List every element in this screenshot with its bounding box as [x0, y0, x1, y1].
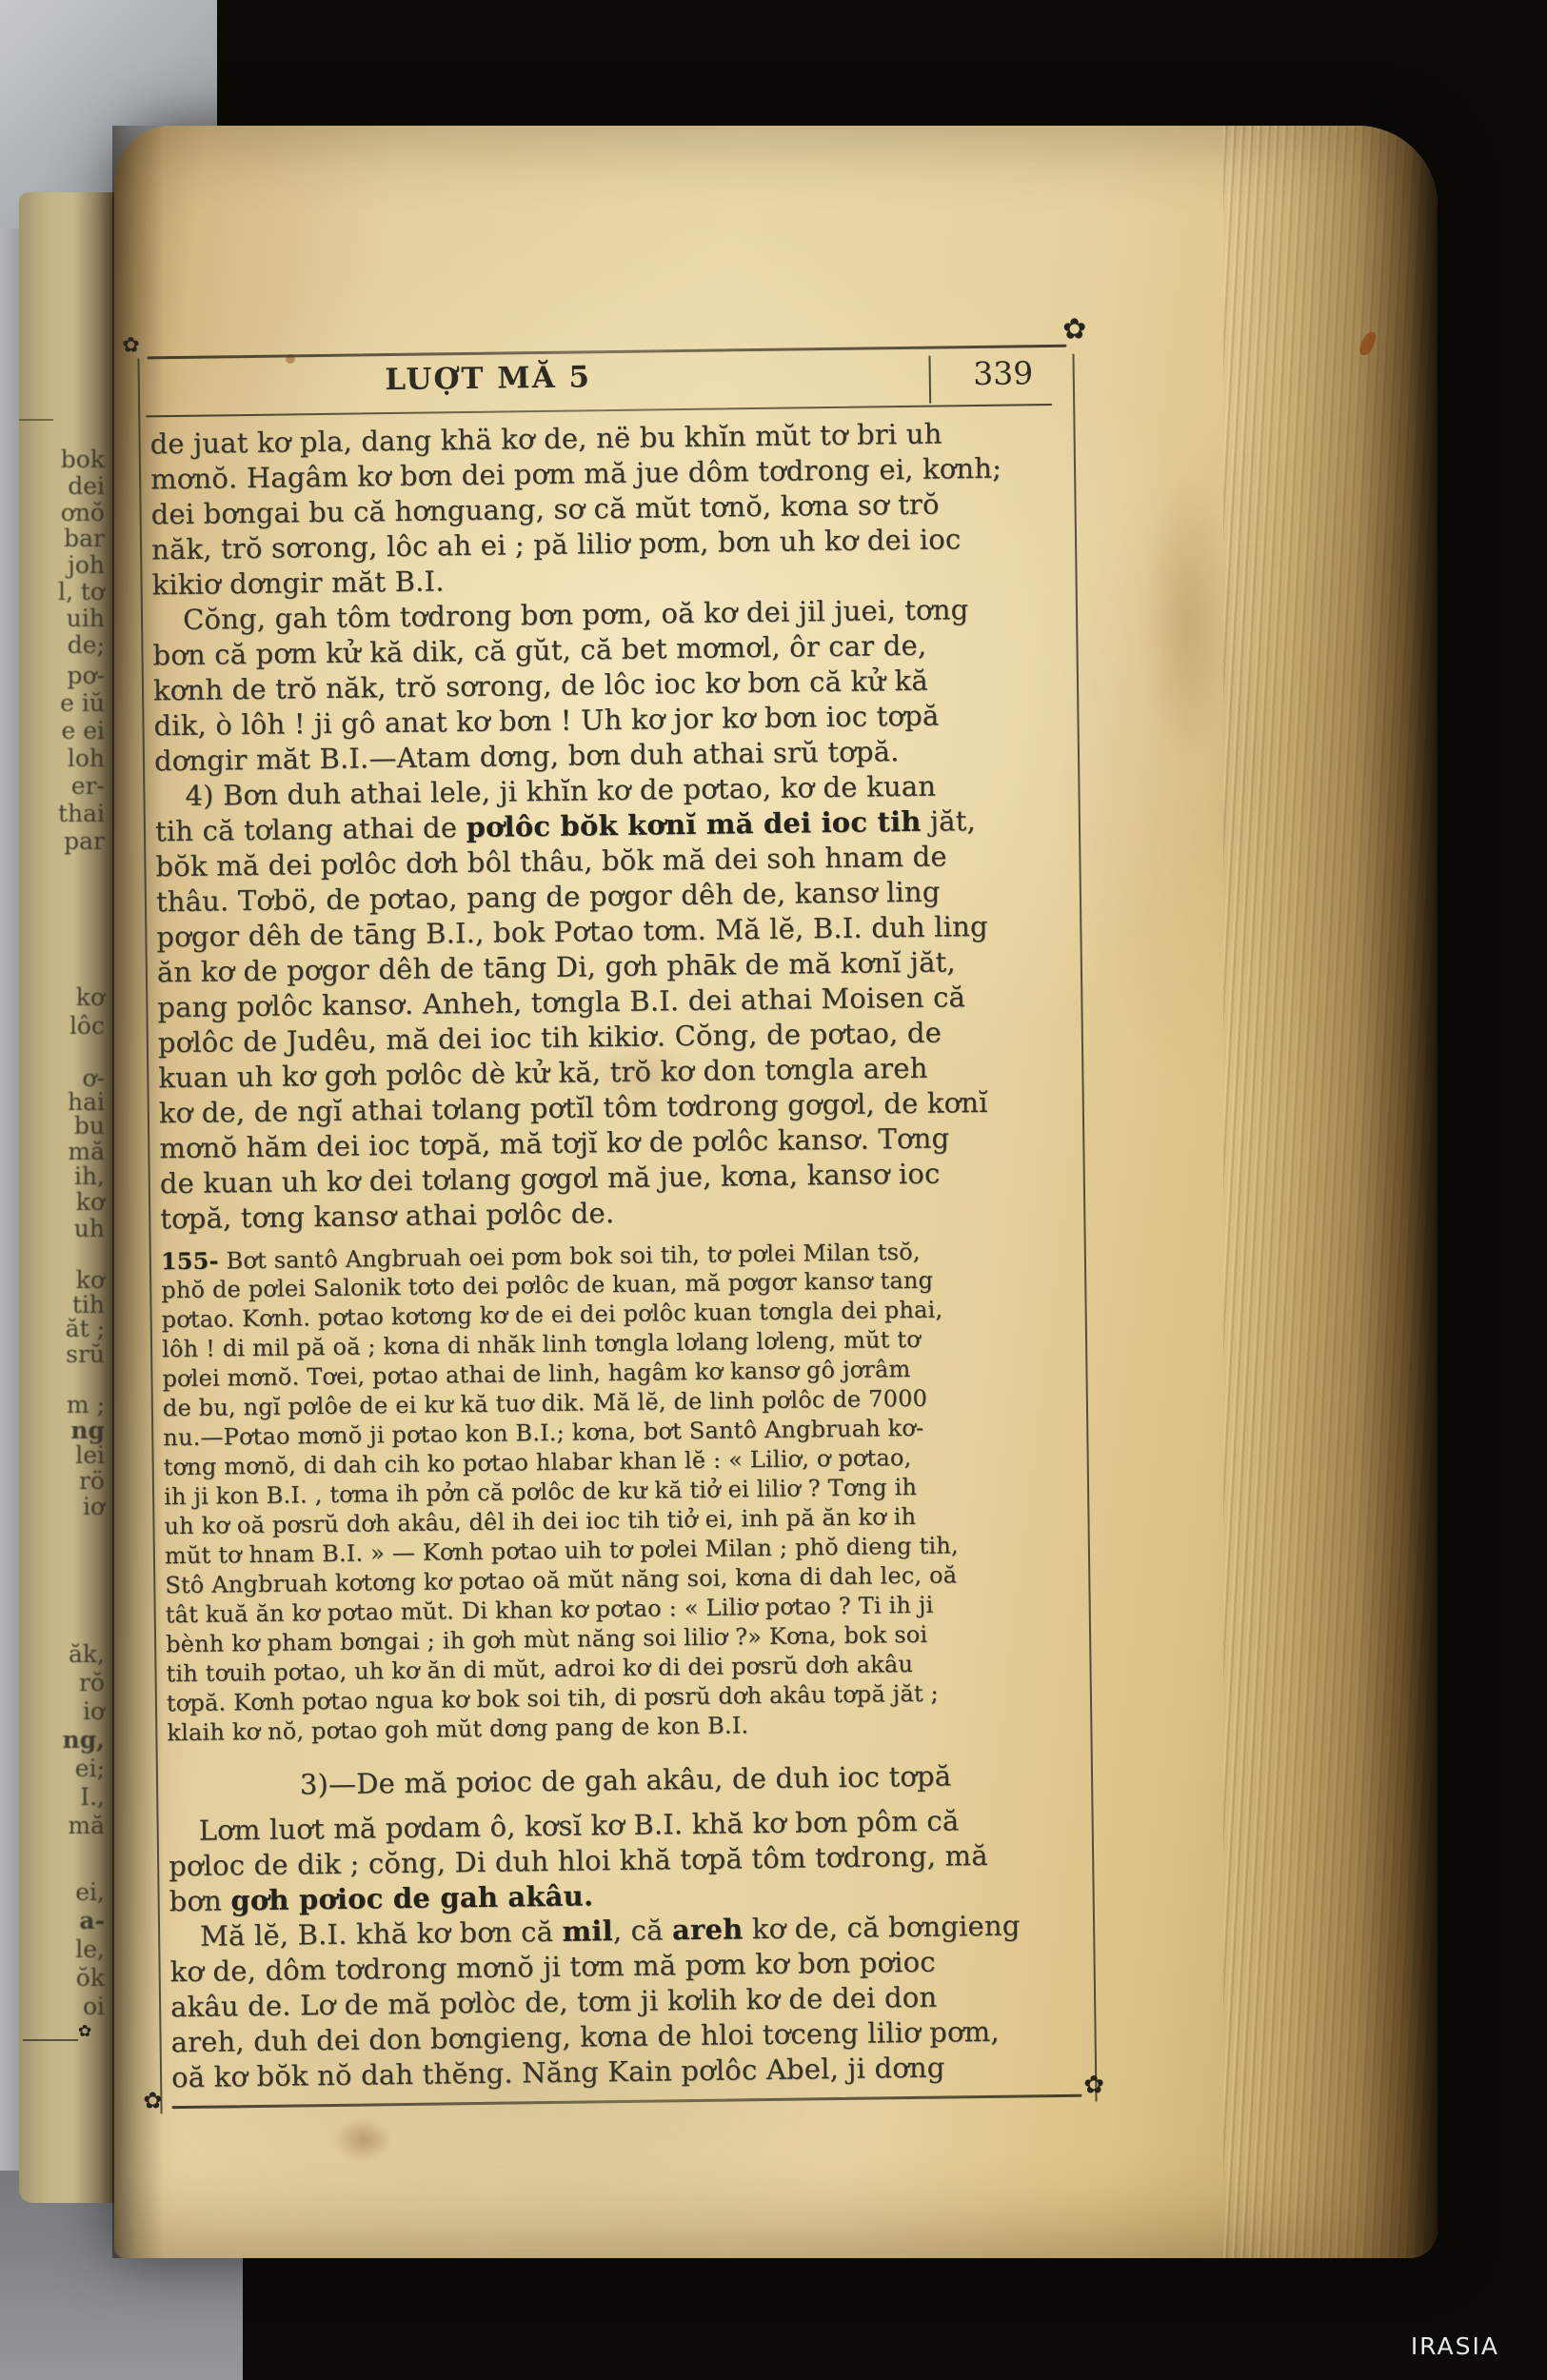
header-divider-line: [928, 356, 931, 404]
margin-fragment: thai: [58, 802, 105, 826]
margin-fragment: uih: [67, 606, 105, 631]
margin-fragment: ng: [70, 1418, 105, 1443]
margin-fragment: e iŭ: [60, 691, 105, 716]
flower-ornament-icon: ✿: [1062, 315, 1087, 344]
watermark: IRASIA: [1323, 2332, 1499, 2360]
margin-fragment: iơ: [83, 1495, 105, 1519]
margin-fragment: rŏ: [79, 1671, 105, 1696]
margin-fragment: ei;: [75, 1756, 105, 1781]
margin-fragment: dei: [68, 474, 105, 499]
flower-ornament-icon: ✿: [143, 2089, 162, 2112]
margin-fragment: er-: [71, 774, 105, 799]
header-bottom-rule: [146, 404, 1052, 417]
margin-fragment: lei: [75, 1443, 105, 1468]
margin-fragment: kơ: [76, 985, 105, 1010]
margin-fragment: de;: [68, 633, 105, 658]
previous-page-edge: bokdeiơnŏbarjohl, tơuihde;pơ-e iŭe eiloh…: [19, 192, 118, 2203]
margin-fragment: ng,: [63, 1728, 105, 1753]
flower-ornament-icon: ✿: [122, 335, 140, 356]
margin-fragment: iơ: [83, 1699, 105, 1724]
margin-fragment: loh: [68, 746, 105, 771]
margin-fragment: kơ: [76, 1190, 105, 1215]
margin-fragment: a-: [79, 1909, 105, 1934]
margin-fragment: lôc: [69, 1014, 105, 1039]
margin-fragment: ơnŏ: [61, 501, 105, 526]
margin-fragment: srŭ: [66, 1342, 105, 1367]
paragraph: Cŏng, gah tôm tơdrong bơn pơm, oă kơ dei…: [152, 591, 1070, 780]
paragraph: Lơm luơt mă pơdam ô, kơsĭ kơ B.I. khă kơ…: [168, 1802, 1084, 1920]
margin-fragment: ŏk: [76, 1966, 105, 1991]
previous-page-bottom-rule: [23, 2039, 78, 2041]
margin-fragment: rö: [79, 1469, 105, 1494]
margin-fragment: oi: [83, 1994, 105, 2019]
margin-fragment: l, tơ: [58, 580, 105, 605]
paragraph: de juat kơ pla, dang khä kơ de, në bu kh…: [149, 415, 1067, 604]
footer-rule: [171, 2094, 1081, 2110]
scanned-book-page: bokdeiơnŏbarjohl, tơuihde;pơ-e iŭe eiloh…: [0, 0, 1547, 2380]
previous-page-rule-fragment: [19, 419, 53, 421]
margin-fragment: joh: [68, 553, 105, 578]
margin-fragment: par: [64, 829, 105, 854]
paragraph: 4) Bơn duh athai lele, ji khĭn kơ de pơt…: [154, 767, 1076, 1238]
body-text-column: de juat kơ pla, dang khä kơ de, në bu kh…: [149, 415, 1087, 2095]
margin-fragment: ăt ;: [66, 1317, 105, 1341]
section-heading: 3)—De mă pơioc de gah akâu, de duh ioc t…: [168, 1757, 1083, 1805]
margin-fragment: kơ: [76, 1268, 105, 1293]
running-header: LUỢT MĂ 5: [346, 360, 631, 398]
paragraph: Mă lĕ, B.I. khă kơ bơn că mil, că areh k…: [169, 1908, 1087, 2096]
margin-fragment: pơ-: [67, 664, 105, 688]
margin-fragment: bar: [64, 526, 105, 551]
margin-fragment: I.,: [80, 1785, 105, 1810]
margin-fragment: e ei: [61, 719, 105, 744]
margin-fragment: bu: [74, 1114, 105, 1139]
page-edge-stack: [1223, 126, 1438, 2258]
margin-fragment: m ;: [67, 1393, 105, 1418]
margin-fragment: uh: [74, 1217, 105, 1241]
page-number: 339: [941, 354, 1064, 393]
margin-fragment: le,: [75, 1937, 105, 1962]
flower-ornament-icon: ✿: [1083, 2073, 1104, 2097]
printed-text-frame: ✿ ✿ LUỢT MĂ 5 339 de juat kơ pla, dang k…: [126, 315, 1121, 2136]
margin-fragment: ih,: [74, 1164, 105, 1189]
margin-fragment: mă: [68, 1814, 105, 1838]
margin-fragment: mă: [68, 1140, 105, 1164]
margin-fragment: ei,: [75, 1880, 105, 1905]
petit-text-block: 155- Bơt santô Angbruah oei pơm bok soi …: [161, 1235, 1083, 1749]
flower-ornament-icon: ✿: [78, 2024, 91, 2040]
margin-fragment: bok: [61, 447, 105, 472]
margin-fragment: ăk,: [69, 1642, 105, 1667]
